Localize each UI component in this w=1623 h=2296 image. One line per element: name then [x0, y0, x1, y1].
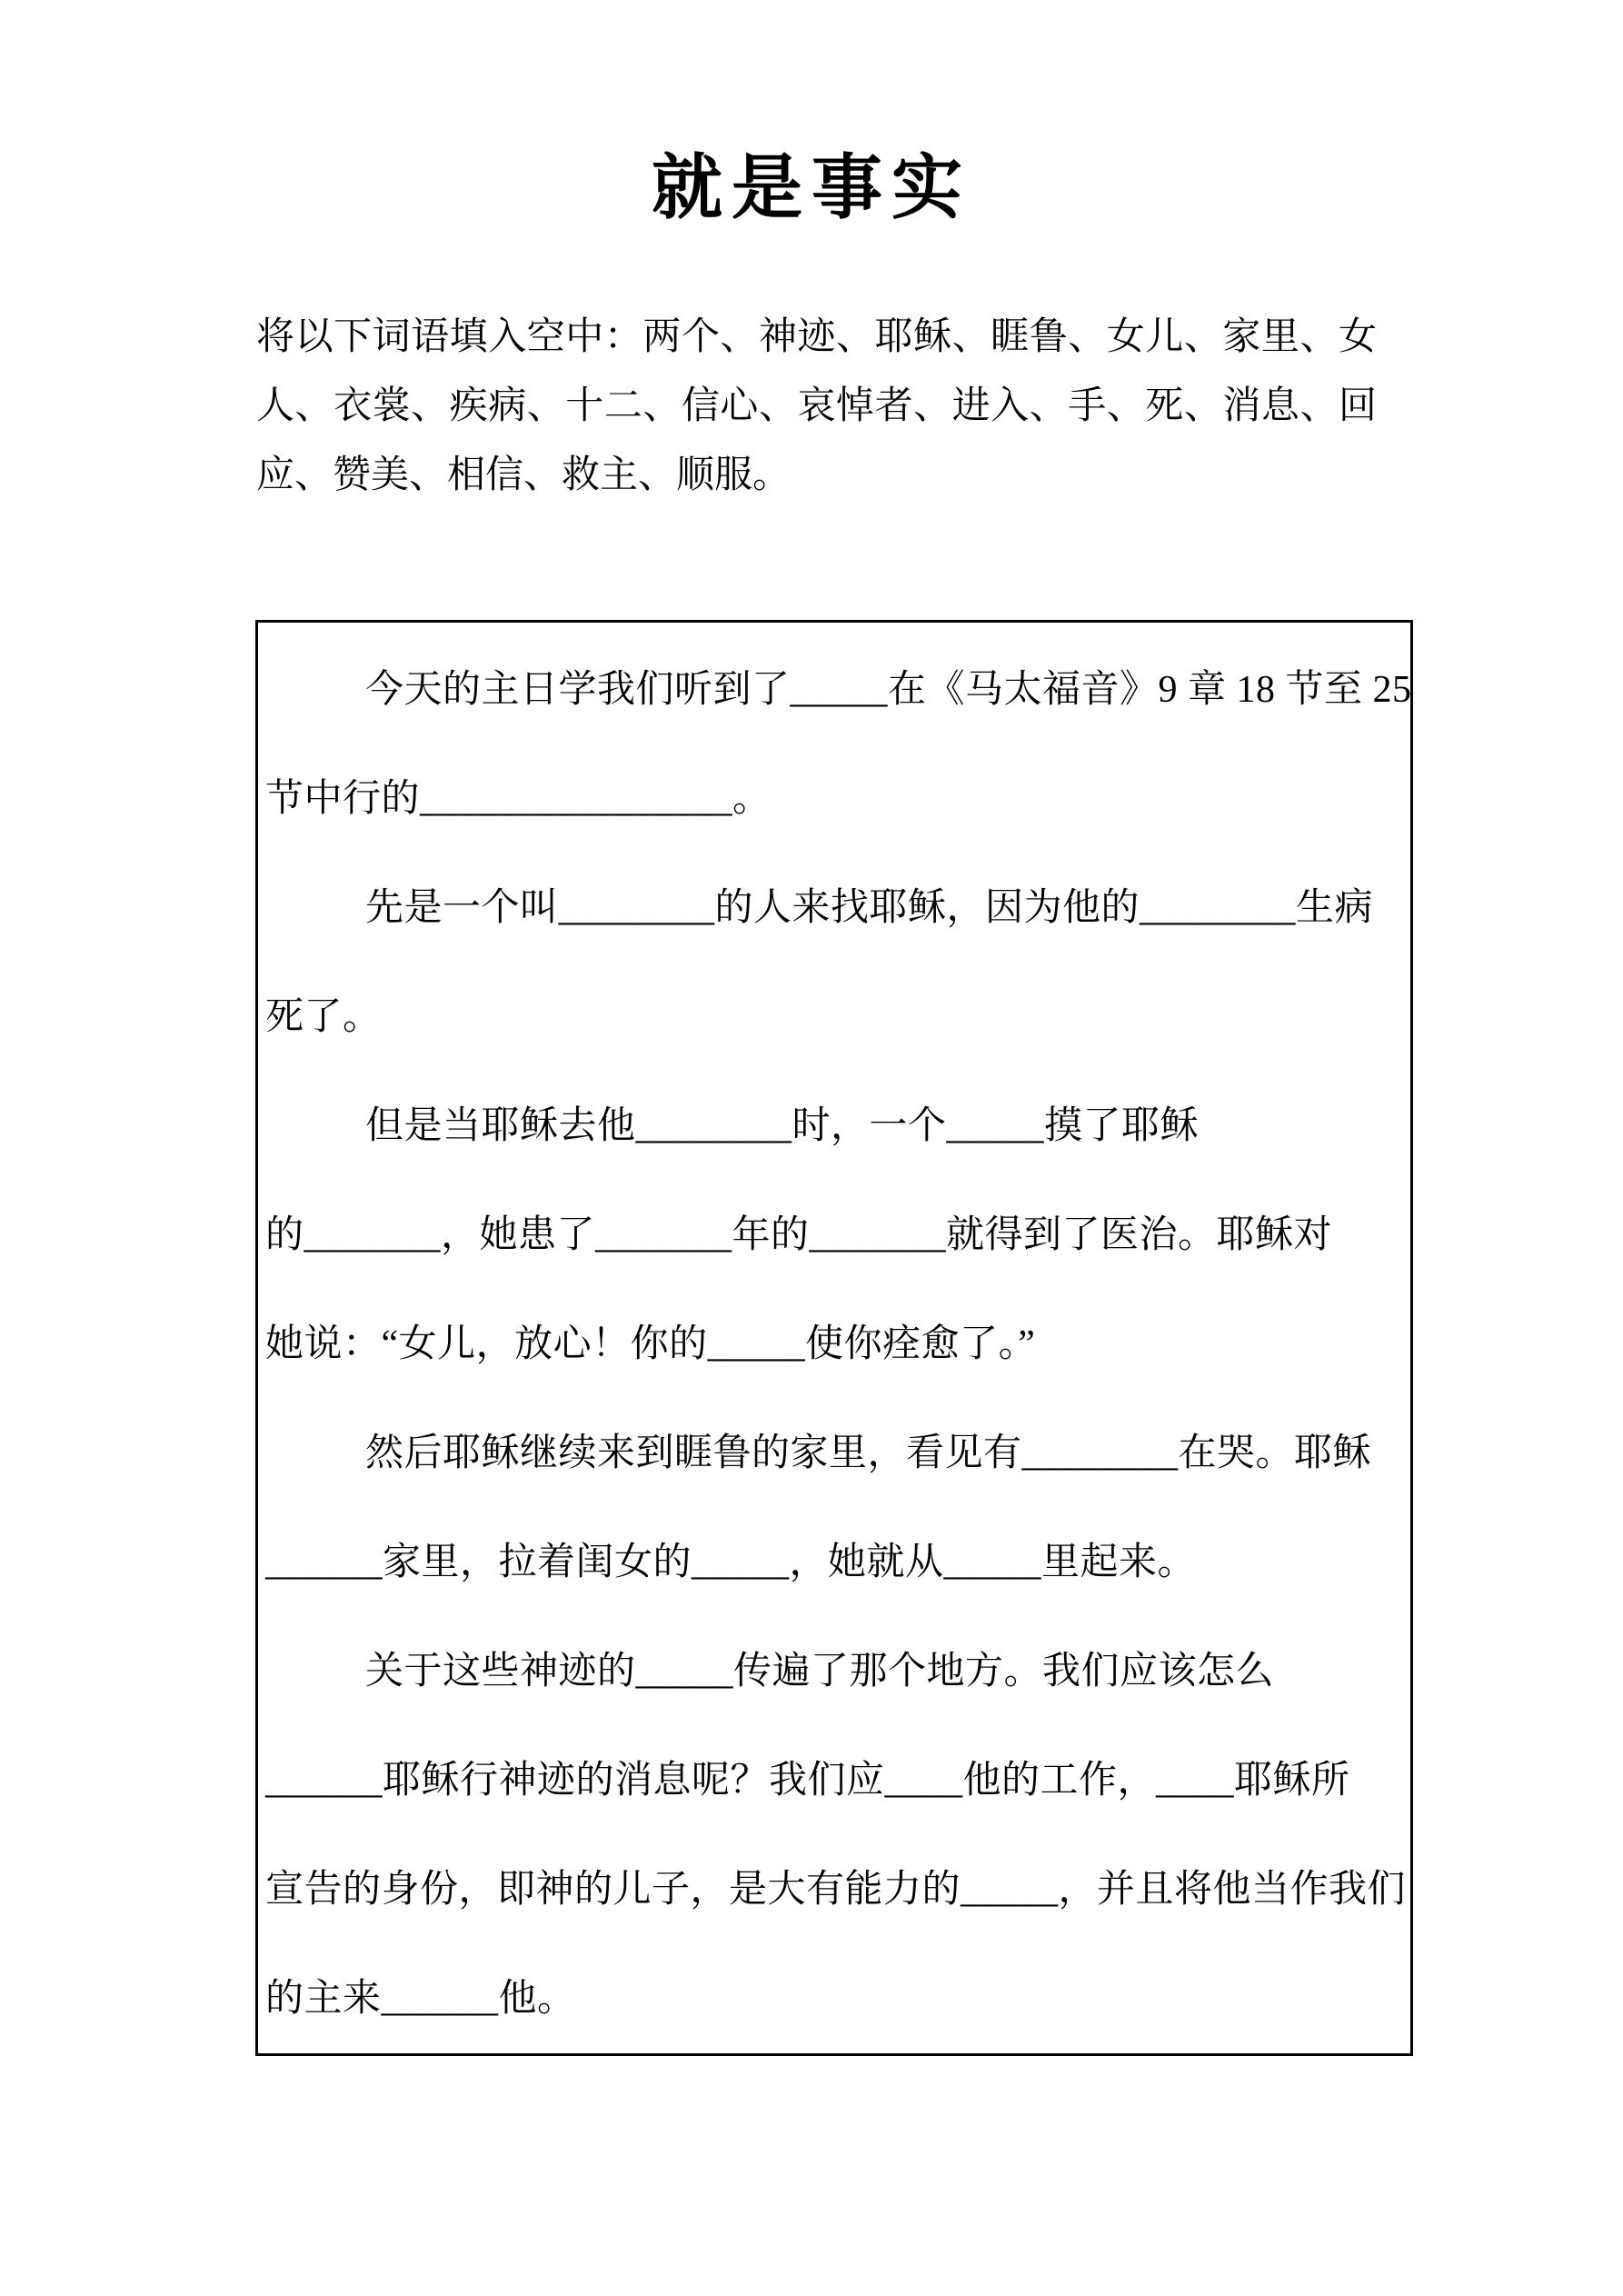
worksheet-page: 就是事实 将以下词语填入空中：两个、神迹、耶稣、睚鲁、女儿、家里、女 人、衣裳、…	[0, 0, 1623, 2296]
instructions-line: 将以下词语填入空中：两个、神迹、耶稣、睚鲁、女儿、家里、女	[256, 303, 1377, 372]
fill-blank-line: 宣告的身份，即神的儿子，是大有能力的_____，并且将他当作我们	[265, 1835, 1403, 1944]
fill-blank-line: 但是当耶稣去他________时，一个_____摸了耶稣	[265, 1072, 1403, 1181]
fill-blank-line: 的主来______他。	[265, 1944, 1403, 2053]
instructions-line: 人、衣裳、疾病、十二、信心、哀悼者、进入、手、死、消息、回	[256, 372, 1377, 441]
fill-blank-line: 节中行的________________。	[265, 744, 1403, 854]
fill-blank-line: 死了。	[265, 963, 1403, 1072]
page-title: 就是事实	[0, 145, 1623, 231]
fill-blank-line: 的_______，她患了_______年的_______就得到了医治。耶稣对	[265, 1181, 1403, 1290]
instructions-paragraph: 将以下词语填入空中：两个、神迹、耶稣、睚鲁、女儿、家里、女 人、衣裳、疾病、十二…	[256, 303, 1377, 510]
fill-blank-line: ______耶稣行神迹的消息呢？我们应____他的工作，____耶稣所	[265, 1726, 1403, 1835]
fill-blank-line: 今天的主日学我们听到了_____在《马太福音》9 章 18 节至 25	[265, 635, 1403, 744]
fill-blank-line: 关于这些神迹的_____传遍了那个地方。我们应该怎么	[265, 1617, 1403, 1726]
fill-blank-line: 她说：“女儿，放心！你的_____使你痊愈了。”	[265, 1290, 1403, 1399]
fill-blank-line: 先是一个叫________的人来找耶稣，因为他的________生病	[265, 854, 1403, 963]
fill-blank-line: ______家里，拉着闺女的_____，她就从_____里起来。	[265, 1508, 1403, 1617]
fill-blank-line: 然后耶稣继续来到睚鲁的家里，看见有________在哭。耶稣	[265, 1399, 1403, 1508]
worksheet-border-box: 今天的主日学我们听到了_____在《马太福音》9 章 18 节至 25 节中行的…	[255, 620, 1413, 2056]
instructions-line: 应、赞美、相信、救主、顺服。	[256, 441, 1377, 510]
